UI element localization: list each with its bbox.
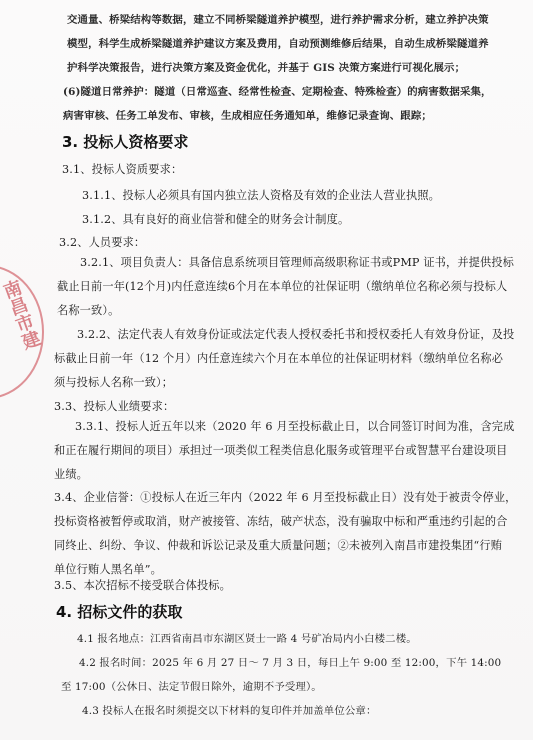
section-3-2-title: 3.2、人员要求： bbox=[59, 236, 145, 250]
section-3-heading: 3. 投标人资格要求 bbox=[62, 133, 188, 151]
section-3-5: 3.5、本次招标不接受联合体投标。 bbox=[54, 579, 231, 593]
text-line: 护科学决策报告，进行决策方案及资金优化，并基于 GIS 决策方案进行可视化展示； bbox=[67, 61, 465, 75]
section-4-heading: 4. 招标文件的获取 bbox=[56, 603, 182, 621]
section-3-2-1-line: 名称一致）。 bbox=[57, 304, 119, 318]
section-3-4-line: 3.4、企业信誉：①投标人在近三年内（2022 年 6 月至投标截止日）没有处于… bbox=[54, 491, 517, 505]
section-3-2-2-line: 须与投标人名称一致）； bbox=[54, 376, 173, 390]
section-3-4-line: 同终止、纠纷、争议、仲裁和诉讼记录及重大质量问题；②未被列入南昌市建投集团“行贿 bbox=[54, 539, 502, 553]
text-line: (6)隧道日常养护：隧道（日常巡查、经常性检查、定期检查、特殊检查）的病害数据采… bbox=[63, 85, 492, 99]
section-3-4-line: 投标资格被暂停或取消，财产被接管、冻结，破产状态，没有骗取中标和严重违约引起的合 bbox=[54, 515, 508, 529]
document-page: 南昌市建 交通量、桥梁结构等数据，建立不同桥梁隧道养护模型，进行养护需求分析，建… bbox=[0, 0, 533, 740]
section-4-3: 4.3 投标人在报名时须提交以下材料的复印件并加盖单位公章： bbox=[82, 704, 376, 718]
text-line: 病害审核、任务工单发布、审核，生成相应任务通知单，维修记录查询、跟踪； bbox=[63, 109, 432, 123]
section-3-1-1: 3.1.1、投标人必须具有国内独立法人资格及有效的企业法人营业执照。 bbox=[82, 189, 440, 203]
section-3-3-1-line: 和正在履行期间的项目）承担过一项类似工程类信息化服务或管理平台或智慧平台建设项目 bbox=[54, 444, 508, 458]
section-3-3-title: 3.3、投标人业绩要求： bbox=[54, 400, 174, 414]
section-4-2-line: 至 17:00（公休日、法定节假日除外，逾期不予受理）。 bbox=[61, 680, 322, 694]
section-4-1: 4.1 报名地点：江西省南昌市东湖区贤士一路 4 号矿冶局内小白楼二楼。 bbox=[77, 632, 417, 646]
section-4-2-line: 4.2 报名时间：2025 年 6 月 27 日～ 7 月 3 日，每日上午 9… bbox=[79, 656, 501, 670]
section-3-3-1-line: 3.3.1、投标人近五年以来（2020 年 6 月至投标截止日，以合同签订时间为… bbox=[75, 420, 514, 434]
section-3-4-line: 单位行贿人黑名单”。 bbox=[54, 563, 162, 577]
text-line: 模型，科学生成桥梁隧道养护建议方案及费用，自动预测维修后结果，自动生成桥梁隧道养 bbox=[67, 37, 489, 51]
section-3-3-1-line: 业绩。 bbox=[54, 468, 88, 482]
section-3-1-2: 3.1.2、具有良好的商业信誉和健全的财务会计制度。 bbox=[82, 213, 349, 227]
text-line: 交通量、桥梁结构等数据，建立不同桥梁隧道养护模型，进行养护需求分析，建立养护决策 bbox=[67, 13, 489, 27]
section-3-2-2-line: 3.2.2、法定代表人有效身份证或法定代表人授权委托书和授权委托人有效身份证，及… bbox=[77, 328, 514, 342]
section-3-2-1-line: 3.2.1、项目负责人：具备信息系统项目管理师高级职称证书或PMP 证书，并提供… bbox=[80, 256, 514, 270]
section-3-2-2-line: 标截止日前一年（12 个月）内任意连续六个月在本单位的社保证明材料（缴纳单位名称… bbox=[54, 352, 503, 366]
section-3-1-title: 3.1、投标人资质要求： bbox=[62, 163, 182, 177]
section-3-2-1-line: 截止日前一年(12个月)内任意连续6个月在本单位的社保证明（缴纳单位名称必须与投… bbox=[57, 280, 507, 294]
